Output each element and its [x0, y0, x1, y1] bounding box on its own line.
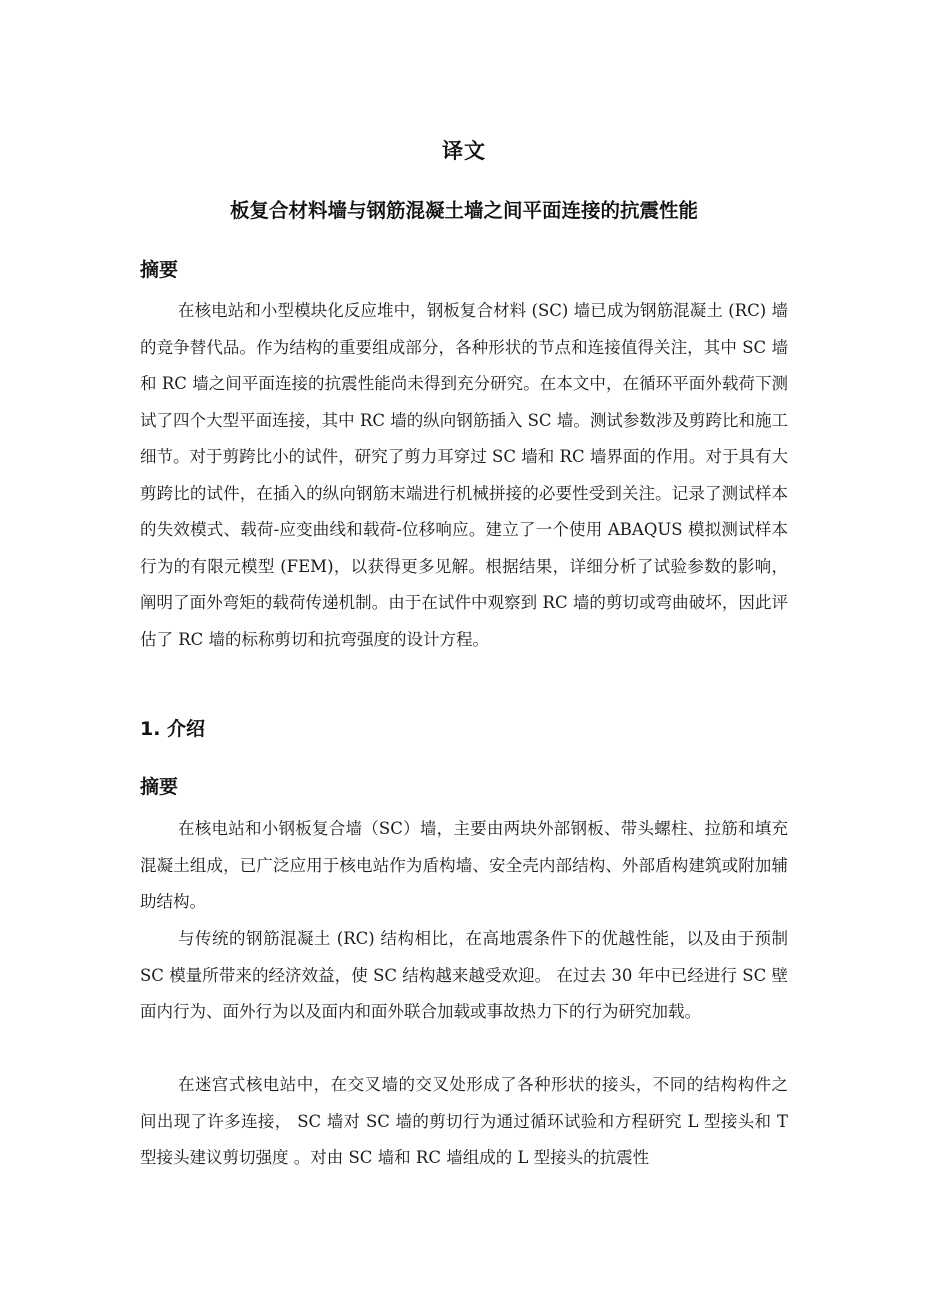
- document-subtitle: 板复合材料墙与钢筋混凝土墙之间平面连接的抗震性能: [140, 196, 788, 226]
- intro-paragraph-1: 在核电站和小钢板复合墙（SC）墙，主要由两块外部钢板、带头螺柱、拉筋和填充混凝土…: [140, 811, 788, 921]
- document-title: 译文: [140, 136, 788, 166]
- section-subheading-abstract: 摘要: [140, 773, 178, 801]
- abstract-heading: 摘要: [140, 256, 178, 284]
- abstract-paragraph: 在核电站和小型模块化反应堆中，钢板复合材料 (SC) 墙已成为钢筋混凝土 (RC…: [140, 293, 788, 658]
- intro-paragraph-2: 与传统的钢筋混凝土 (RC) 结构相比，在高地震条件下的优越性能，以及由于预制 …: [140, 921, 788, 1031]
- section-heading-introduction: 1. 介绍: [140, 715, 205, 743]
- intro-paragraph-3: 在迷宫式核电站中，在交叉墙的交叉处形成了各种形状的接头，不同的结构构件之间出现了…: [140, 1067, 788, 1177]
